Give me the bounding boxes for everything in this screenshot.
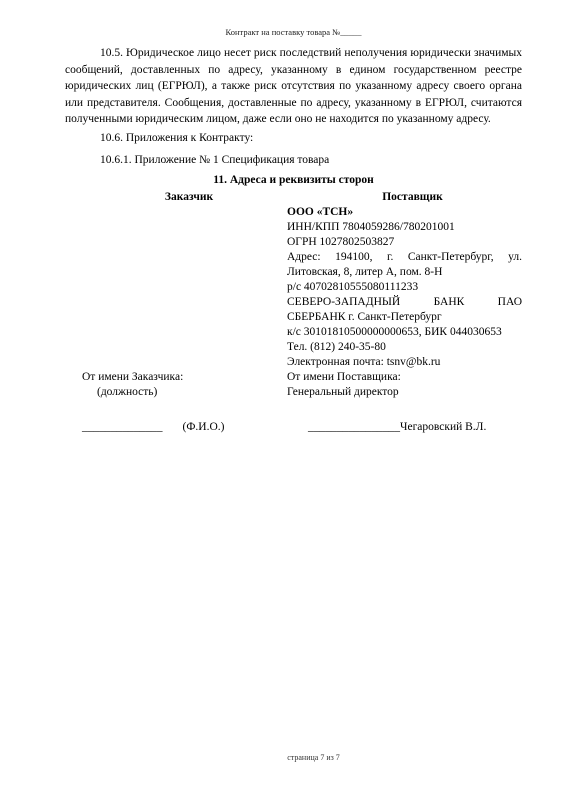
customer-requisites-empty — [65, 205, 287, 370]
customer-fio-label: (Ф.И.О.) — [183, 421, 225, 433]
supplier-signature-line: ________________ — [308, 421, 400, 433]
signature-row: ______________(Ф.И.О.) ________________Ч… — [65, 420, 522, 435]
supplier-on-behalf: От имени Поставщика: Генеральный директо… — [287, 370, 522, 400]
contract-page: Контракт на поставку товара №_____ 10.5.… — [0, 0, 566, 800]
supplier-position: Генеральный директор — [287, 385, 522, 400]
customer-position: (должность) — [82, 385, 287, 400]
customer-heading: Заказчик — [65, 190, 287, 205]
supplier-name: ООО «ТСН» — [287, 205, 522, 220]
supplier-signer-name: Чегаровский В.Л. — [400, 421, 486, 433]
document-header-title: Контракт на поставку товара №_____ — [65, 27, 522, 37]
supplier-bank: СЕВЕРО-ЗАПАДНЫЙ БАНК ПАО СБЕРБАНК г. Сан… — [287, 295, 522, 325]
requisites-row: ООО «ТСН» ИНН/КПП 7804059286/780201001 О… — [65, 205, 522, 370]
customer-signature-line: ______________ — [82, 421, 163, 433]
clause-10-5: 10.5. Юридическое лицо несет риск послед… — [65, 45, 522, 128]
customer-from-label: От имени Заказчика: — [82, 370, 287, 385]
clause-10-6-1: 10.6.1. Приложение № 1 Спецификация това… — [65, 152, 522, 169]
supplier-from-label: От имени Поставщика: — [287, 370, 522, 385]
supplier-email: Электронная почта: tsnv@bk.ru — [287, 355, 522, 370]
supplier-address: Адрес: 194100, г. Санкт-Петербург, ул. Л… — [287, 250, 522, 280]
customer-signature-block: ______________(Ф.И.О.) — [65, 420, 287, 435]
customer-on-behalf: От имени Заказчика: (должность) — [65, 370, 287, 400]
supplier-phone: Тел. (812) 240-35-80 — [287, 340, 522, 355]
parties-header-row: Заказчик Поставщик — [65, 189, 522, 205]
supplier-settlement-account: р/с 40702810555080111233 — [287, 280, 522, 295]
supplier-corr-account-bik: к/с 30101810500000000653, БИК 044030653 — [287, 325, 522, 340]
supplier-signature-block: ________________Чегаровский В.Л. — [287, 420, 522, 435]
page-number-footer: страница 7 из 7 — [65, 753, 522, 762]
on-behalf-row: От имени Заказчика: (должность) От имени… — [65, 370, 522, 400]
supplier-ogrn: ОГРН 1027802503827 — [287, 235, 522, 250]
clause-10-6: 10.6. Приложения к Контракту: — [65, 130, 522, 147]
supplier-requisites: ООО «ТСН» ИНН/КПП 7804059286/780201001 О… — [287, 205, 522, 370]
section-11-title: 11. Адреса и реквизиты сторон — [65, 172, 522, 189]
supplier-heading: Поставщик — [287, 190, 522, 205]
document-body: 10.5. Юридическое лицо несет риск послед… — [65, 45, 522, 435]
supplier-inn-kpp: ИНН/КПП 7804059286/780201001 — [287, 220, 522, 235]
